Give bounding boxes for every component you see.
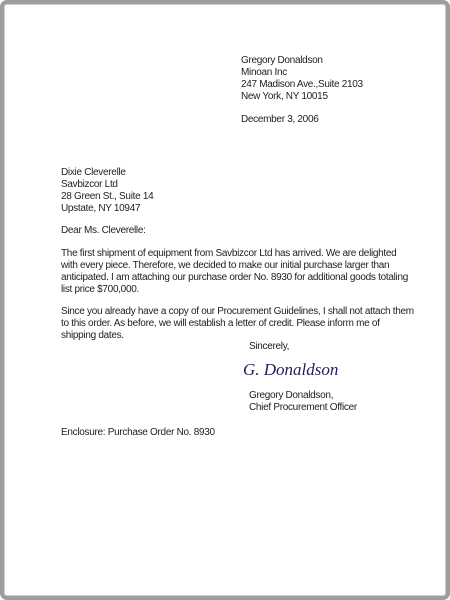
- body-paragraph-1: The first shipment of equipment from Sav…: [61, 248, 408, 296]
- body-paragraph-1-line: The first shipment of equipment from Sav…: [61, 248, 408, 260]
- sender-company: Minoan Inc: [241, 67, 363, 79]
- sender-street: 247 Madison Ave.,Suite 2103: [241, 79, 363, 91]
- body-paragraph-2-line: shipping dates.: [61, 330, 414, 342]
- sender-name: Gregory Donaldson: [241, 55, 363, 67]
- letter-page: Gregory Donaldson Minoan Inc 247 Madison…: [0, 0, 450, 600]
- letter-date: December 3, 2006: [241, 114, 318, 126]
- salutation: Dear Ms. Cleverelle:: [61, 225, 146, 237]
- body-paragraph-1-line: anticipated. I am attaching our purchase…: [61, 272, 408, 284]
- recipient-name: Dixie Cleverelle: [61, 167, 153, 179]
- recipient-street: 28 Green St., Suite 14: [61, 191, 153, 203]
- body-paragraph-2-line: to this order. As before, we will establ…: [61, 318, 414, 330]
- recipient-address-block: Dixie Cleverelle Savbizcor Ltd 28 Green …: [61, 167, 153, 215]
- signature-title: Chief Procurement Officer: [249, 402, 357, 414]
- signature-block: Gregory Donaldson, Chief Procurement Off…: [249, 390, 357, 414]
- sender-address-block: Gregory Donaldson Minoan Inc 247 Madison…: [241, 55, 363, 103]
- enclosure-note: Enclosure: Purchase Order No. 8930: [61, 427, 215, 439]
- body-paragraph-2-line: Since you already have a copy of our Pro…: [61, 306, 414, 318]
- recipient-company: Savbizcor Ltd: [61, 179, 153, 191]
- handwritten-signature: G. Donaldson: [243, 360, 338, 380]
- body-paragraph-1-line: with every piece. Therefore, we decided …: [61, 260, 408, 272]
- body-paragraph-2: Since you already have a copy of our Pro…: [61, 306, 414, 342]
- body-paragraph-1-line: list price $700,000.: [61, 284, 408, 296]
- recipient-city: Upstate, NY 10947: [61, 203, 153, 215]
- signature-name: Gregory Donaldson,: [249, 390, 357, 402]
- closing-salutation: Sincerely,: [249, 341, 289, 353]
- sender-city: New York, NY 10015: [241, 91, 363, 103]
